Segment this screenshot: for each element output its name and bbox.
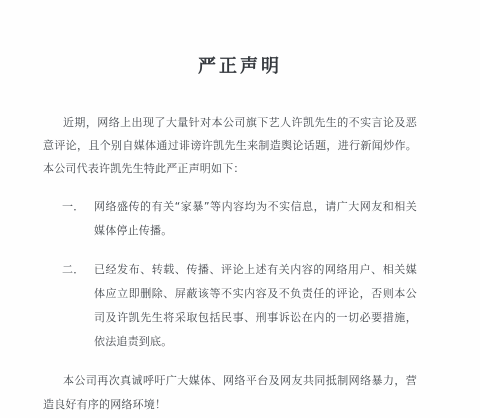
statement-document: 严正声明 近期，网络上出现了大量针对本公司旗下艺人许凯先生的不实言论及恶意评论，… bbox=[0, 0, 480, 418]
item-1-text: 网络盛传的有关“家暴”等内容均为不实信息，请广大网友和相关媒体停止传播。 bbox=[94, 195, 417, 243]
item-2-text: 已经发布、转载、传播、评论上述有关内容的网络用户、相关媒体应立即删除、屏蔽该等不… bbox=[94, 258, 417, 354]
item-1-marker: 一． bbox=[62, 195, 94, 243]
item-2-marker: 二． bbox=[62, 258, 94, 354]
statement-body: 近期，网络上出现了大量针对本公司旗下艺人许凯先生的不实言论及恶意评论，且个别自媒… bbox=[0, 111, 480, 417]
closing-paragraph: 本公司再次真诚呼吁广大媒体、网络平台及网友共同抵制网络暴力，营造良好有序的网络环… bbox=[43, 369, 417, 417]
statement-title: 严正声明 bbox=[0, 56, 480, 78]
statement-item-2: 二． 已经发布、转载、传播、评论上述有关内容的网络用户、相关媒体应立即删除、屏蔽… bbox=[43, 258, 417, 354]
statement-item-1: 一． 网络盛传的有关“家暴”等内容均为不实信息，请广大网友和相关媒体停止传播。 bbox=[43, 195, 417, 243]
intro-paragraph: 近期，网络上出现了大量针对本公司旗下艺人许凯先生的不实言论及恶意评论，且个别自媒… bbox=[43, 111, 417, 180]
